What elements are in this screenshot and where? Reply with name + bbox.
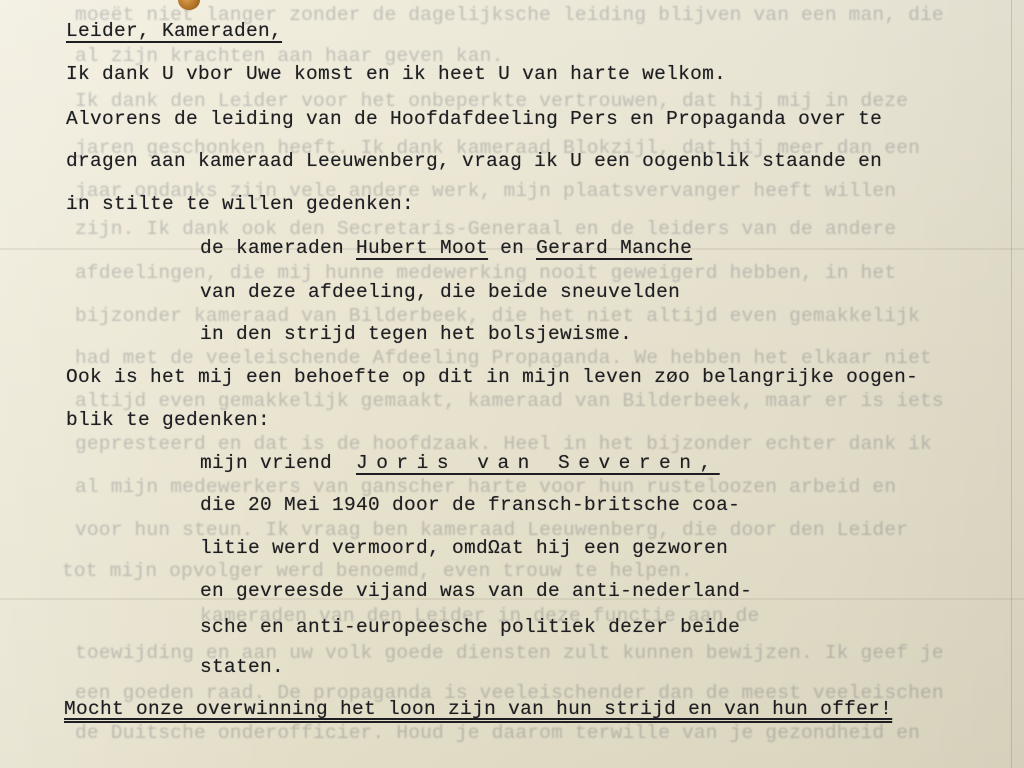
text-line: in stilte te willen gedenken:	[66, 193, 414, 215]
text-fragment: de kameraden	[200, 237, 356, 259]
text-fragment: en	[488, 237, 536, 259]
typed-document: Leider, Kameraden, Ik dank U vbor Uwe ko…	[0, 0, 1024, 768]
text-fragment: mijn vriend	[200, 452, 356, 474]
text-line: Alvorens de leiding van de Hoofdafdeelin…	[66, 108, 882, 130]
text-line: Ik dank U vbor Uwe komst en ik heet U va…	[66, 63, 726, 85]
name-joris-van-severen: Joris van Severen,	[356, 452, 720, 474]
salutation: Leider, Kameraden,	[66, 20, 282, 42]
text-line: en gevreesde vijand was van de anti-nede…	[200, 580, 752, 602]
text-line: Ook is het mij een behoefte op dit in mi…	[66, 366, 918, 388]
name-gerard-manche: Gerard Manche	[536, 237, 692, 259]
commemoration-names-line: de kameraden Hubert Moot en Gerard Manch…	[200, 237, 692, 259]
name-hubert-moot: Hubert Moot	[356, 237, 488, 259]
text-line: litie werd vermoord, omdΩat hij een gezw…	[200, 537, 728, 559]
text-line: blik te gedenken:	[66, 409, 270, 431]
text-line: van deze afdeeling, die beide sneuvelden	[200, 281, 680, 303]
commemoration-vriend-line: mijn vriend Joris van Severen,	[200, 452, 720, 474]
text-line: staten.	[200, 656, 284, 678]
text-line: in den strijd tegen het bolsjewisme.	[200, 323, 632, 345]
text-line: die 20 Mei 1940 door de fransch-britsche…	[200, 494, 740, 516]
text-line: sche en anti-europeesche politiek dezer …	[200, 616, 740, 638]
text-line: dragen aan kameraad Leeuwenberg, vraag i…	[66, 150, 882, 172]
closing-line: Mocht onze overwinning het loon zijn van…	[64, 698, 892, 720]
